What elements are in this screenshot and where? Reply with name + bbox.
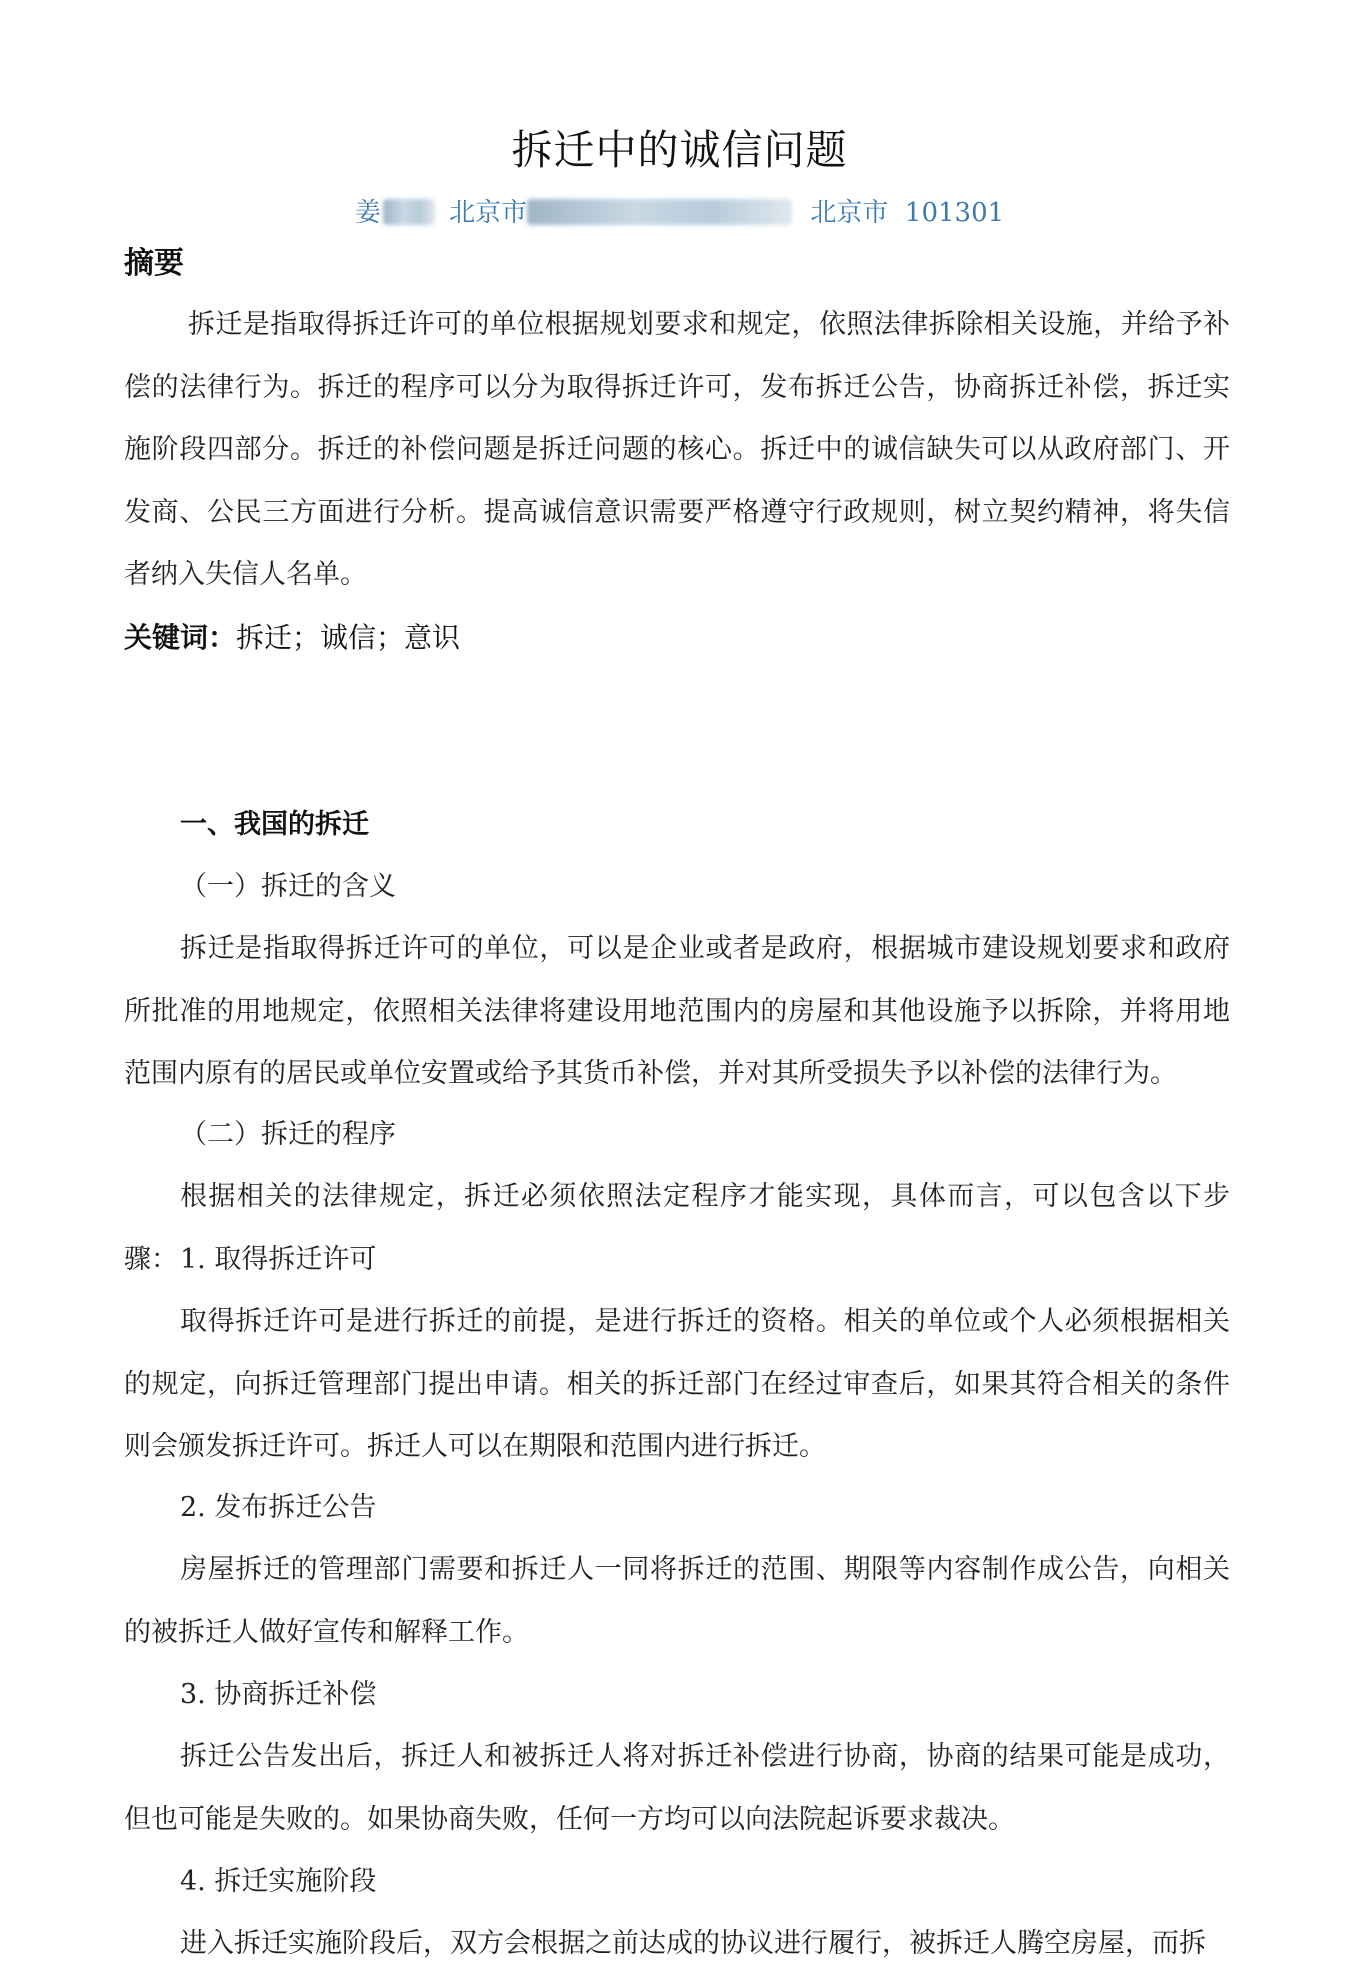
author-surname: 姜 [355,198,381,228]
keywords-label: 关键词： [124,621,236,654]
paragraph: 进入拆迁实施阶段后，双方会根据之前达成的协议进行履行，被拆迁人腾空房屋，而拆 [124,1913,1230,1976]
keywords: 关键词：拆迁；诚信；意识 [124,616,460,660]
paragraph: 拆迁公告发出后，拆迁人和被拆迁人将对拆迁补偿进行协商，协商的结果可能是成功，但也… [124,1726,1230,1851]
paragraph: 取得拆迁许可是进行拆迁的前提，是进行拆迁的资格。相关的单位或个人必须根据相关的规… [124,1291,1230,1479]
step-heading: 3. 协商拆迁补偿 [180,1675,376,1715]
step-heading: 4. 拆迁实施阶段 [180,1862,376,1902]
step-heading: 1. 取得拆迁许可 [180,1240,376,1280]
paragraph: 房屋拆迁的管理部门需要和拆迁人一同将拆迁的范围、期限等内容制作成公告，向相关的被… [124,1539,1230,1664]
section-heading: 一、我国的拆迁 [180,805,369,845]
author-postcode: 101301 [905,198,1004,228]
subsection-heading: （一）拆迁的含义 [180,867,396,907]
keywords-value: 拆迁；诚信；意识 [236,621,460,654]
document-title: 拆迁中的诚信问题 [0,124,1359,176]
redacted-address [527,199,792,225]
author-line: 姜 北京市 北京市 101301 [0,196,1359,230]
paragraph: 拆迁是指取得拆迁许可的单位，可以是企业或者是政府，根据城市建设规划要求和政府所批… [124,918,1230,1106]
abstract-heading: 摘要 [124,244,184,284]
abstract-text: 拆迁是指取得拆迁许可的单位根据规划要求和规定，依照法律拆除相关设施，并给予补偿的… [124,294,1230,607]
redacted-name [383,199,435,225]
author-city: 北京市 [449,198,527,228]
author-city-2: 北京市 [810,198,888,228]
document-page: 拆迁中的诚信问题 姜 北京市 北京市 101301 摘要 拆迁是指取得拆迁许可的… [0,0,1359,1978]
subsection-heading: （二）拆迁的程序 [180,1115,396,1155]
step-heading: 2. 发布拆迁公告 [180,1488,376,1528]
